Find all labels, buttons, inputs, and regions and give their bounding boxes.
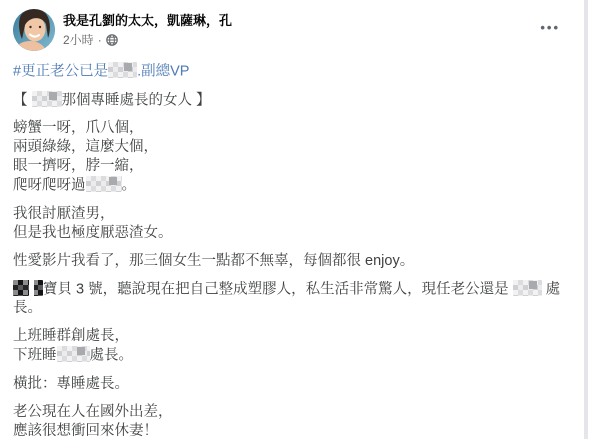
censor-mosaic	[86, 176, 122, 192]
post-body: #更正老公已是.副總VP【 那個專睡處長的女人 】螃蟹一呀，爪八個，兩頭綠綠，這…	[13, 62, 572, 439]
post-paragraph: 性愛影片我看了，那三個女生一點都不無辜，每個都很 enjoy。	[13, 252, 572, 271]
meta-separator: ·	[98, 32, 102, 48]
censor-mosaic	[32, 91, 62, 107]
post-header: 我是孔劉的太太，凱薩琳，孔 2小時 · •••	[13, 9, 572, 51]
post-paragraph: 螃蟹一呀，爪八個，兩頭綠綠，這麼大個，眼一擠呀，脖一縮，爬呀爬呀過。	[13, 119, 572, 196]
avatar[interactable]	[13, 9, 55, 51]
post-text: 。	[122, 178, 137, 194]
censor-mosaic	[513, 280, 542, 296]
post-paragraph: 老公現在人在國外出差，應該很想衝回來休妻！	[13, 403, 572, 439]
censor-mosaic	[57, 346, 90, 362]
post-text: 下班睡	[13, 348, 57, 364]
avatar-image	[13, 9, 55, 51]
post-text: 螃蟹一呀，爪八個，	[13, 120, 144, 136]
header-text: 我是孔劉的太太，凱薩琳，孔 2小時 ·	[63, 9, 232, 48]
post-text: 上班睡群創處長，	[13, 328, 129, 344]
censor-mosaic	[13, 280, 43, 296]
post-card: 我是孔劉的太太，凱薩琳，孔 2小時 · ••• #更正老公已是.副總VP【	[0, 0, 590, 439]
post-text: 處長。	[90, 348, 134, 364]
more-options-button[interactable]: •••	[534, 19, 566, 37]
post-paragraph: 【 那個專睡處長的女人 】	[13, 91, 572, 111]
post-paragraph: 寶貝 3 號，聽說現在把自己整成塑膠人，私生活非常驚人，現任老公還是 處長。	[13, 280, 572, 319]
post-text: 兩頭綠綠，這麼大個，	[13, 139, 158, 155]
scrollbar-strip[interactable]	[584, 0, 588, 439]
post-meta: 2小時 ·	[63, 32, 232, 48]
post-text: 但是我也極度厭惡渣女。	[13, 225, 173, 241]
post-text: 【	[13, 92, 32, 108]
post-paragraph: 我很討厭渣男，但是我也極度厭惡渣女。	[13, 205, 572, 243]
post-text: 爬呀爬呀過	[13, 178, 86, 194]
post-text: .副總VP	[137, 64, 189, 80]
post-text: #更正老公已是	[13, 64, 108, 80]
author-name[interactable]: 我是孔劉的太太，凱薩琳，孔	[63, 12, 232, 29]
more-options-icon: •••	[540, 20, 560, 35]
hashtag-link[interactable]: #更正老公已是.副總VP	[13, 62, 572, 82]
post-text: 我很討厭渣男，	[13, 206, 115, 222]
post-text: 老公現在人在國外出差，	[13, 404, 173, 420]
post-text: 那個專睡處長的女人 】	[62, 92, 211, 108]
post-paragraph: 上班睡群創處長，下班睡處長。	[13, 327, 572, 366]
censor-mosaic	[108, 62, 137, 78]
post-paragraph: 橫批：專睡處長。	[13, 375, 572, 394]
post-text: 應該很想衝回來休妻！	[13, 423, 158, 439]
post-text: 性愛影片我看了，那三個女生一點都不無辜，每個都很 enjoy。	[13, 253, 414, 269]
post-text: 橫批：專睡處長。	[13, 376, 129, 392]
post-text: 寶貝 3 號，聽說現在把自己整成塑膠人，私生活非常驚人，現任老公還是	[43, 281, 513, 297]
globe-icon	[106, 34, 118, 46]
post-text: 眼一擠呀，脖一縮，	[13, 158, 144, 174]
timestamp[interactable]: 2小時	[63, 32, 94, 48]
